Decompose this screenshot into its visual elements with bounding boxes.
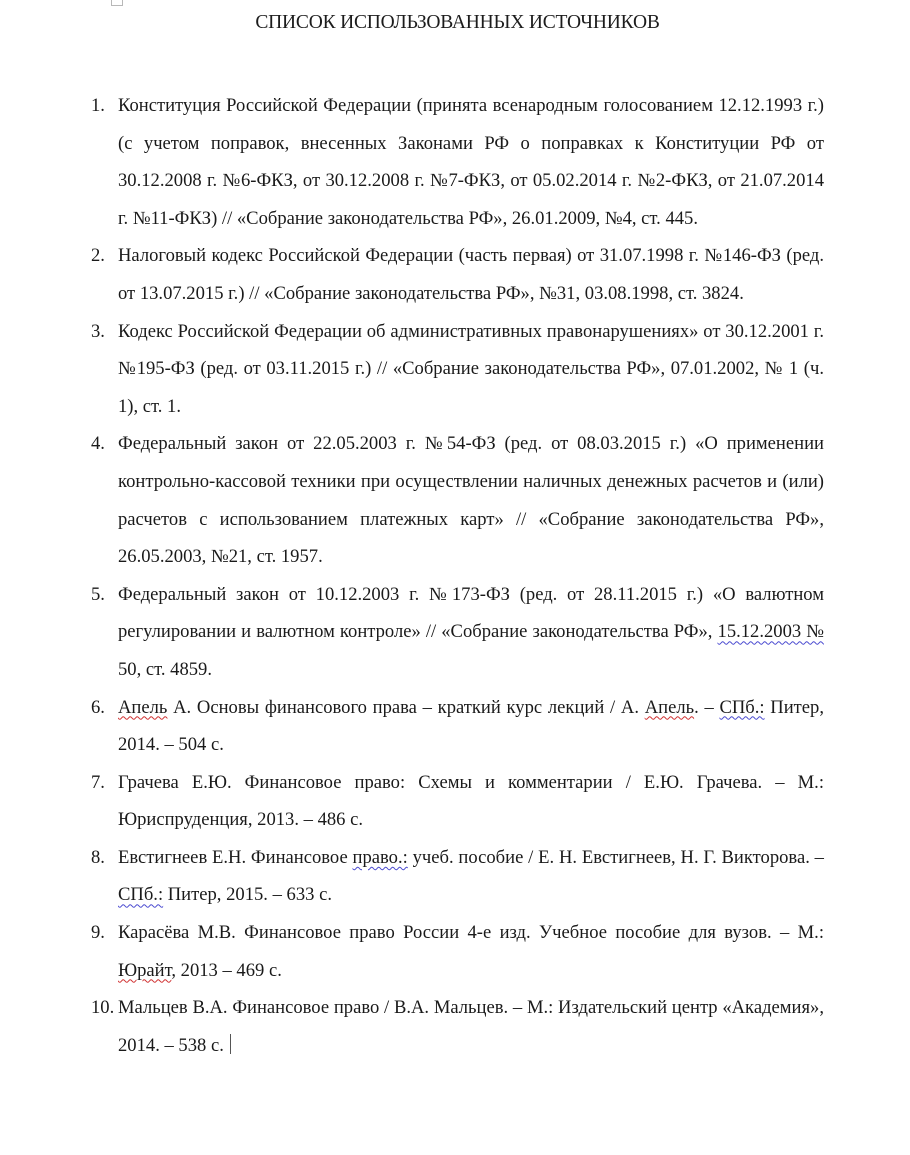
reference-text-segment: учеб. пособие / Е. Н. Евстигнеев, Н. Г. … bbox=[408, 847, 824, 868]
reference-number: 7. bbox=[91, 764, 105, 802]
reference-text-segment: Питер, 2015. – 633 с. bbox=[163, 884, 332, 905]
reference-number: 10. bbox=[91, 989, 114, 1027]
spelling-error-mark: Юрайт bbox=[118, 960, 171, 981]
reference-text-segment: А. Основы финансового права – краткий ку… bbox=[167, 697, 644, 718]
reference-item: 8.Евстигнеев Е.Н. Финансовое право.: уче… bbox=[91, 839, 824, 914]
reference-text[interactable]: Федеральный закон от 22.05.2003 г. №54-Ф… bbox=[118, 425, 824, 575]
reference-text-segment: 50, ст. 4859. bbox=[118, 659, 212, 680]
reference-text-segment: Грачева Е.Ю. Финансовое право: Схемы и к… bbox=[118, 772, 824, 831]
reference-item: 3.Кодекс Российской Федерации об админис… bbox=[91, 313, 824, 426]
grammar-error-mark: право.: bbox=[353, 847, 408, 868]
reference-text[interactable]: Апель А. Основы финансового права – крат… bbox=[118, 689, 824, 764]
reference-text[interactable]: Грачева Е.Ю. Финансовое право: Схемы и к… bbox=[118, 764, 824, 839]
grammar-error-mark: СПб.: bbox=[719, 697, 764, 718]
page-corner-marker bbox=[111, 0, 123, 6]
reference-text-segment: Карасёва М.В. Финансовое право России 4-… bbox=[118, 922, 824, 943]
reference-text[interactable]: Кодекс Российской Федерации об администр… bbox=[118, 313, 824, 426]
text-cursor bbox=[230, 1034, 231, 1054]
reference-text[interactable]: Федеральный закон от 10.12.2003 г. №173-… bbox=[118, 576, 824, 689]
reference-text[interactable]: Евстигнеев Е.Н. Финансовое право.: учеб.… bbox=[118, 839, 824, 914]
grammar-error-mark: СПб.: bbox=[118, 884, 163, 905]
reference-text-segment: Кодекс Российской Федерации об администр… bbox=[118, 321, 824, 417]
spelling-error-mark: Апель bbox=[645, 697, 694, 718]
reference-number: 2. bbox=[91, 237, 105, 275]
reference-text[interactable]: Карасёва М.В. Финансовое право России 4-… bbox=[118, 914, 824, 989]
reference-number: 8. bbox=[91, 839, 105, 877]
reference-item: 9.Карасёва М.В. Финансовое право России … bbox=[91, 914, 824, 989]
reference-text-segment: Евстигнеев Е.Н. Финансовое bbox=[118, 847, 353, 868]
page-title: СПИСОК ИСПОЛЬЗОВАННЫХ ИСТОЧНИКОВ bbox=[0, 12, 910, 34]
reference-text[interactable]: Налоговый кодекс Российской Федерации (ч… bbox=[118, 237, 824, 312]
reference-item: 4.Федеральный закон от 22.05.2003 г. №54… bbox=[91, 425, 824, 575]
reference-item: 2.Налоговый кодекс Российской Федерации … bbox=[91, 237, 824, 312]
reference-number: 3. bbox=[91, 313, 105, 351]
reference-item: 6.Апель А. Основы финансового права – кр… bbox=[91, 689, 824, 764]
reference-text-segment: Налоговый кодекс Российской Федерации (ч… bbox=[118, 245, 824, 304]
reference-number: 1. bbox=[91, 87, 105, 125]
grammar-error-mark: 15.12.2003 № bbox=[718, 621, 824, 642]
reference-item: 5.Федеральный закон от 10.12.2003 г. №17… bbox=[91, 576, 824, 689]
reference-text-segment: Мальцев В.А. Финансовое право / В.А. Мал… bbox=[118, 997, 824, 1056]
spelling-error-mark: Апель bbox=[118, 697, 167, 718]
references-list: 1.Конституция Российской Федерации (прин… bbox=[91, 87, 824, 1064]
reference-item: 7.Грачева Е.Ю. Финансовое право: Схемы и… bbox=[91, 764, 824, 839]
reference-text-segment: , 2013 – 469 с. bbox=[171, 960, 282, 981]
reference-number: 5. bbox=[91, 576, 105, 614]
reference-text-segment: Конституция Российской Федерации (принят… bbox=[118, 95, 824, 229]
reference-text[interactable]: Мальцев В.А. Финансовое право / В.А. Мал… bbox=[118, 989, 824, 1064]
reference-text-segment: Федеральный закон от 22.05.2003 г. №54-Ф… bbox=[118, 433, 824, 567]
reference-number: 9. bbox=[91, 914, 105, 952]
reference-number: 6. bbox=[91, 689, 105, 727]
reference-text-segment: . – bbox=[694, 697, 719, 718]
reference-item: 1.Конституция Российской Федерации (прин… bbox=[91, 87, 824, 237]
reference-text[interactable]: Конституция Российской Федерации (принят… bbox=[118, 87, 824, 237]
reference-number: 4. bbox=[91, 425, 105, 463]
reference-item: 10.Мальцев В.А. Финансовое право / В.А. … bbox=[91, 989, 824, 1064]
